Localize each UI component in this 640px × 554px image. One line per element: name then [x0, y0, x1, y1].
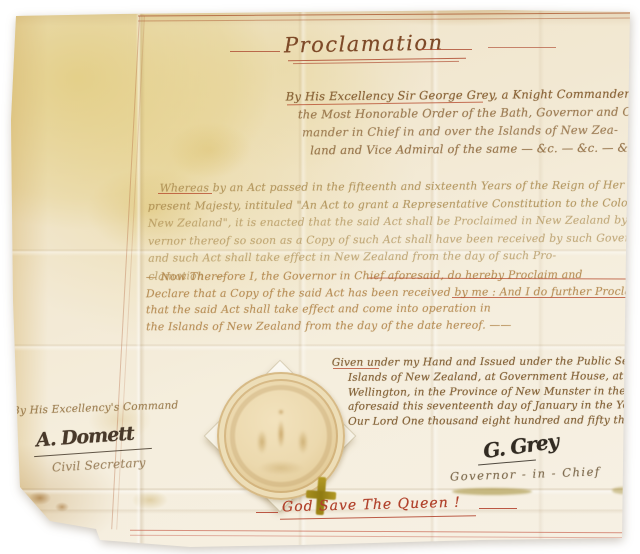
governor-signature: G. Grey: [482, 429, 560, 463]
governor-title: Governor - in - Chief: [450, 464, 601, 483]
given-line: aforesaid this seventeenth day of Januar…: [332, 399, 638, 415]
given-line: Islands of New Zealand, at Government Ho…: [332, 369, 638, 385]
photo-background: Proclamation By His Excellency Sir Georg…: [0, 0, 640, 554]
closing-motto: God Save The Queen !: [282, 495, 461, 516]
proclaim-line: Declare that a Copy of the said Act has …: [146, 283, 638, 302]
page-title: Proclamation: [284, 31, 444, 58]
red-underline-whereas: [158, 193, 212, 194]
preamble-line: land and Vice Admiral of the same — &c. …: [286, 138, 636, 159]
title-dash-right-2: [488, 47, 556, 48]
title-dash-left: [230, 51, 280, 52]
parchment-document: Proclamation By His Excellency Sir Georg…: [0, 0, 640, 554]
ruled-margin-top: [138, 12, 632, 21]
given-line: Our Lord One thousand eight hundred and …: [332, 413, 638, 429]
excellency-command-line: By His Excellency's Command: [12, 399, 192, 417]
title-underline-2: [293, 61, 459, 64]
document-shadow-wrap: Proclamation By His Excellency Sir Georg…: [0, 0, 640, 554]
ribbon-stain-smear-right: [612, 487, 636, 494]
red-underline-further-proclaim: [452, 297, 632, 298]
given-line: Wellington, in the Province of New Munst…: [332, 384, 638, 400]
proclaim-line: — Now Therefore I, the Governor in Chief…: [146, 267, 638, 286]
given-paragraph: Given under my Hand and Issued under the…: [332, 354, 638, 430]
ruled-margin-left: [111, 16, 145, 530]
red-underline-given: [333, 368, 379, 369]
preamble-paragraph: By His Excellency Sir George Grey, a Kni…: [286, 84, 637, 159]
civil-secretary-title: Civil Secretary: [52, 456, 146, 475]
ribbon-stain-smear: [452, 488, 532, 495]
closing-underline: [280, 515, 476, 519]
proclaim-line: the Islands of New Zealand from the day …: [146, 316, 638, 335]
closing-dash-left: [256, 512, 278, 513]
title-dash-right: [420, 49, 472, 50]
closing-dash-right: [479, 508, 517, 509]
ruled-margin-bottom: [130, 530, 624, 539]
